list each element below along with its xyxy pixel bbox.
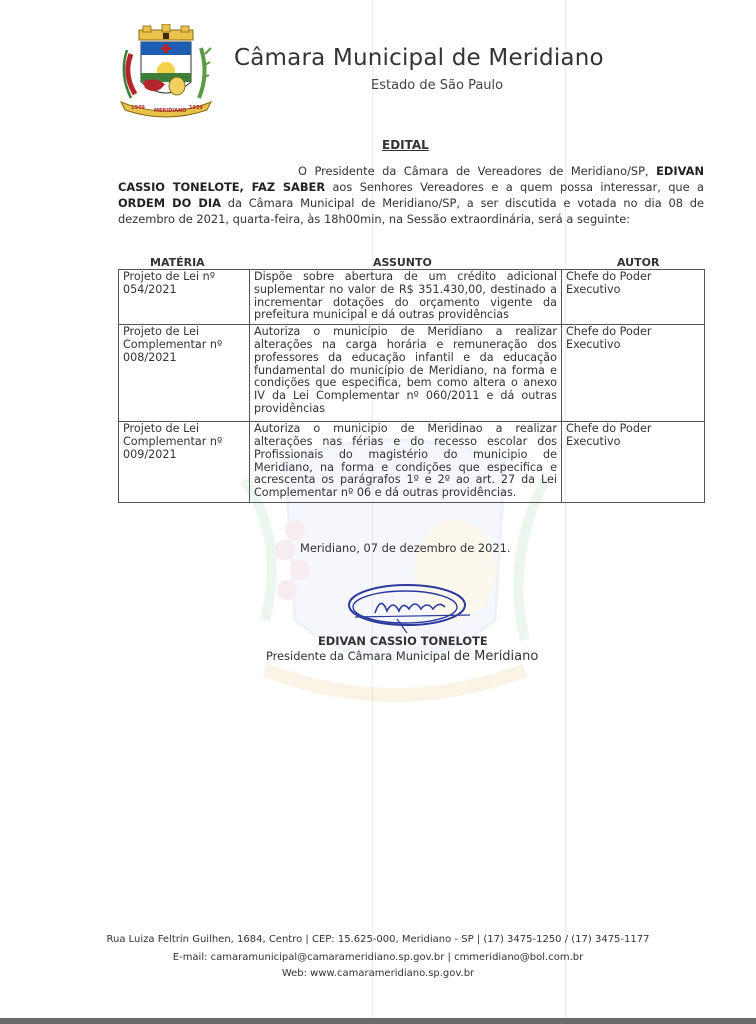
intro-text: aos Senhores Vereadores e a quem possa i…	[325, 180, 704, 194]
signer-role-text: Presidente da Câmara Municipal	[266, 649, 454, 663]
agenda-table: Projeto de Lei nº 054/2021 Dispõe sobre …	[118, 269, 705, 503]
table-row: Projeto de Lei nº 054/2021 Dispõe sobre …	[119, 270, 705, 325]
table-row: Projeto de Lei Complementar nº 009/2021 …	[119, 422, 705, 503]
column-header-assunto: ASSUNTO	[373, 256, 432, 269]
intro-bold-ordem: ORDEM DO DIA	[118, 196, 221, 210]
scan-artifact-line	[565, 0, 566, 1018]
svg-text:1959: 1959	[189, 105, 203, 111]
intro-text: O Presidente da Câmara de Vereadores de …	[298, 164, 656, 178]
cell-materia: Projeto de Lei nº 054/2021	[119, 270, 250, 325]
cell-assunto: Autoriza o municipio de Meridinao a real…	[250, 422, 562, 503]
intro-paragraph: O Presidente da Câmara de Vereadores de …	[118, 163, 704, 227]
svg-text:MERIDIANO: MERIDIANO	[154, 108, 186, 114]
column-header-materia: MATÉRIA	[150, 256, 205, 269]
scan-bottom-edge	[0, 1018, 756, 1024]
cell-materia: Projeto de Lei Complementar nº 009/2021	[119, 422, 250, 503]
cell-autor: Chefe do Poder Executivo	[562, 325, 705, 422]
scan-artifact-line	[372, 0, 373, 1018]
municipal-crest-icon: 1949 MERIDIANO 1959	[117, 24, 215, 118]
footer-website: Web: www.camarameridiano.sp.gov.br	[0, 968, 756, 979]
signer-role-city: de Meridiano	[454, 649, 539, 664]
cell-assunto: Dispõe sobre abertura de um crédito adic…	[250, 270, 562, 325]
institution-subtitle: Estado de São Paulo	[371, 78, 503, 93]
document-heading: EDITAL	[382, 138, 429, 152]
footer-email: E-mail: camaramunicipal@camarameridiano.…	[0, 952, 756, 963]
signer-role: Presidente da Câmara Municipal de Meridi…	[266, 649, 538, 664]
column-header-autor: AUTOR	[617, 256, 659, 269]
signer-name: EDIVAN CASSIO TONELOTE	[318, 634, 488, 648]
place-and-date: Meridiano, 07 de dezembro de 2021.	[300, 541, 511, 555]
cell-materia: Projeto de Lei Complementar nº 008/2021	[119, 325, 250, 422]
cell-assunto: Autoriza o município de Meridiano a real…	[250, 325, 562, 422]
svg-text:1949: 1949	[131, 105, 145, 111]
footer-address: Rua Luiza Feltrin Guilhen, 1684, Centro …	[0, 934, 756, 945]
institution-title: Câmara Municipal de Meridiano	[234, 45, 604, 71]
table-row: Projeto de Lei Complementar nº 008/2021 …	[119, 325, 705, 422]
cell-autor: Chefe do Poder Executivo	[562, 422, 705, 503]
handwritten-signature-icon	[345, 575, 475, 637]
cell-autor: Chefe do Poder Executivo	[562, 270, 705, 325]
